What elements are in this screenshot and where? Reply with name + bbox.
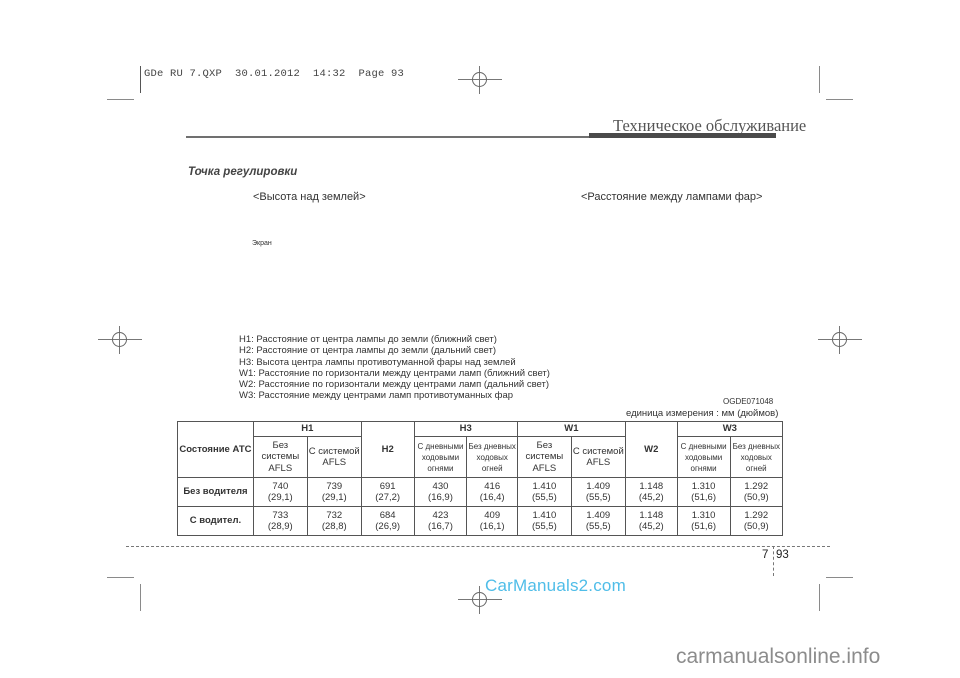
subheader-h3-without-drl: Без дневных ходовых огней	[467, 437, 518, 478]
group-header-w1: W1	[517, 422, 625, 437]
group-header-w3: W3	[677, 422, 782, 437]
crop-mark	[107, 577, 134, 578]
slug-divider	[140, 66, 141, 93]
table-cell: 1.148(45,2)	[625, 507, 677, 536]
row-label: С водител.	[178, 507, 254, 536]
crop-mark	[826, 577, 853, 578]
group-header-h1: H1	[253, 422, 361, 437]
table-cell: 691(27,2)	[361, 478, 414, 507]
unit-note: единица измерения : мм (дюймов)	[626, 408, 778, 419]
subheader-h1-without: Без системы AFLS	[253, 437, 307, 478]
table-cell: 409(16,1)	[467, 507, 518, 536]
group-header-w2: W2	[625, 422, 677, 478]
subheader-h3-with-drl: С дневными ходовыми огнями	[414, 437, 467, 478]
crop-mark	[140, 584, 141, 611]
header-rule-accent	[589, 133, 776, 138]
crop-mark	[826, 99, 853, 100]
table-cell: 740(29,1)	[253, 478, 307, 507]
subheader-w3-without-drl: Без дневных ходовых огней	[730, 437, 782, 478]
table-cell: 1.409(55,5)	[571, 478, 625, 507]
legend: H1: Расстояние от центра лампы до земли …	[239, 334, 550, 402]
crop-mark	[819, 584, 820, 611]
legend-item: H2: Расстояние от центра лампы до земли …	[239, 345, 550, 356]
table-cell: 416(16,4)	[467, 478, 518, 507]
table-cell: 1.292(50,9)	[730, 507, 782, 536]
watermark-carmanualsonline[interactable]: carmanualsonline.info	[676, 645, 880, 669]
table-row: Без водителя 740(29,1) 739(29,1) 691(27,…	[178, 478, 783, 507]
table-cell: 1.310(51,6)	[677, 507, 730, 536]
crop-mark	[107, 99, 134, 100]
table-cell: 1.409(55,5)	[571, 507, 625, 536]
legend-item: H3: Высота центра лампы противотуманной …	[239, 357, 550, 368]
page-number: 93	[776, 549, 789, 561]
table-cell: 430(16,9)	[414, 478, 467, 507]
folio-divider	[773, 546, 774, 576]
table-cell: 739(29,1)	[307, 478, 361, 507]
registration-mark-icon	[458, 58, 502, 102]
registration-mark-icon	[818, 318, 862, 362]
table-cell: 1.410(55,5)	[517, 507, 571, 536]
table-cell: 1.292(50,9)	[730, 478, 782, 507]
group-header-h3: H3	[414, 422, 517, 437]
figure-right-caption: <Расстояние между лампами фар>	[581, 191, 762, 203]
subheader-w1-without: Без системы AFLS	[517, 437, 571, 478]
legend-item: W2: Расстояние по горизонтали между цент…	[239, 379, 550, 390]
table-row: С водител. 733(28,9) 732(28,8) 684(26,9)…	[178, 507, 783, 536]
table-cell: 684(26,9)	[361, 507, 414, 536]
figure-left-caption: <Высота над землей>	[253, 191, 366, 203]
registration-mark-icon	[98, 318, 142, 362]
subheader-w1-with: С системой AFLS	[571, 437, 625, 478]
legend-item: W1: Расстояние по горизонтали между цент…	[239, 368, 550, 379]
table-cell: 423(16,7)	[414, 507, 467, 536]
group-header-h2: H2	[361, 422, 414, 478]
table-cell: 1.410(55,5)	[517, 478, 571, 507]
row-label: Без водителя	[178, 478, 254, 507]
screen-label: Экран	[252, 240, 272, 247]
legend-item: H1: Расстояние от центра лампы до земли …	[239, 334, 550, 345]
footer-rule	[126, 546, 830, 547]
table-cell: 733(28,9)	[253, 507, 307, 536]
crop-mark	[819, 66, 820, 93]
state-header: Состояние АТС	[178, 422, 254, 478]
watermark-carmanuals2[interactable]: CarManuals2.com	[485, 576, 626, 596]
print-slug: GDe RU 7.QXP 30.01.2012 14:32 Page 93	[144, 68, 404, 80]
subheader-h1-with: С системой AFLS	[307, 437, 361, 478]
subheading: Точка регулировки	[188, 166, 297, 178]
spec-table: Состояние АТС H1 H2 H3 W1 W2 W3 Без сист…	[177, 421, 783, 536]
figure-code: OGDE071048	[723, 397, 773, 406]
table-cell: 1.310(51,6)	[677, 478, 730, 507]
subheader-w3-with-drl: С дневными ходовыми огнями	[677, 437, 730, 478]
table-cell: 732(28,8)	[307, 507, 361, 536]
chapter-number: 7	[762, 549, 768, 561]
legend-item: W3: Расстояние между центрами ламп проти…	[239, 390, 550, 401]
table-cell: 1.148(45,2)	[625, 478, 677, 507]
